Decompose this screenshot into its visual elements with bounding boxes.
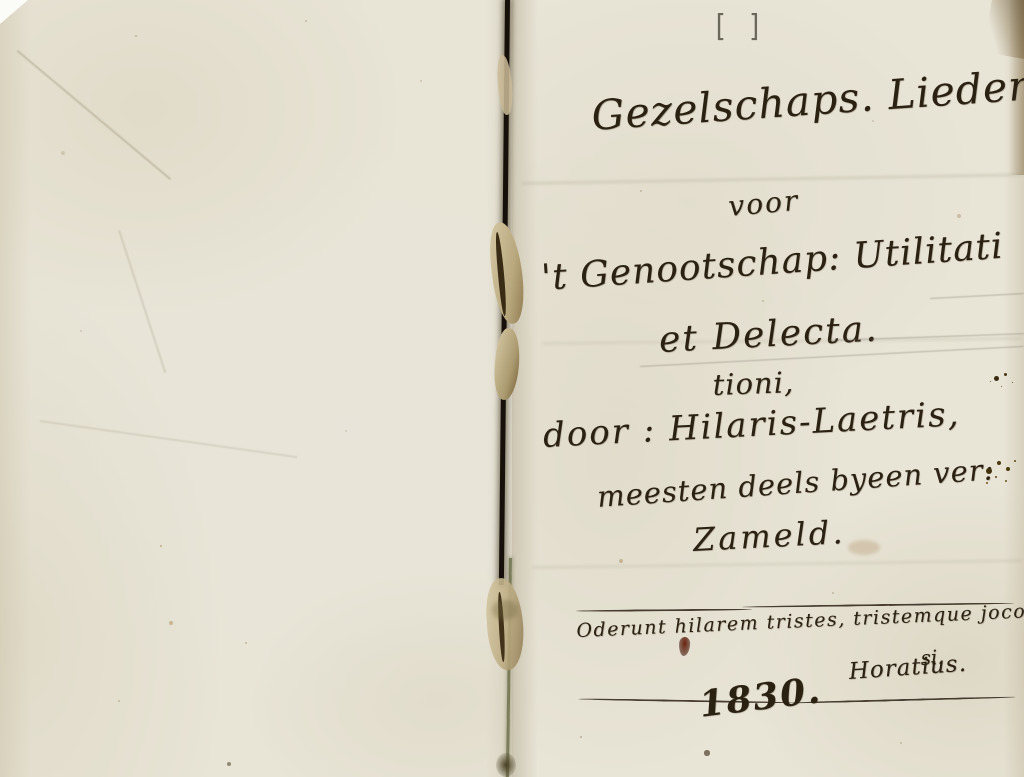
paper-crease: [40, 420, 298, 458]
foxing-blotch: [848, 540, 880, 555]
paper-crease: [119, 230, 167, 373]
ink-spatter-stain: [986, 468, 992, 474]
manuscript-scan: [ ] Gezelschaps. Liederen voor 't Genoot…: [0, 0, 1024, 777]
title-line-tioni: tioni,: [712, 365, 795, 402]
left-page-blank: [0, 0, 512, 777]
collection-bracket-mark: [ ]: [712, 10, 765, 45]
ink-spatter-stain: [994, 376, 999, 381]
title-line-zameld: Zameld.: [692, 513, 846, 559]
spine-bottom-stain: [496, 753, 516, 777]
paper-fold-line: [522, 173, 1022, 185]
title-line-voor: voor: [727, 184, 801, 223]
paper-fold-line: [532, 559, 1022, 569]
spine-smudge-stain: [492, 600, 518, 620]
paper-foxing-speckles: [0, 0, 2, 2]
paper-crease: [17, 50, 171, 180]
